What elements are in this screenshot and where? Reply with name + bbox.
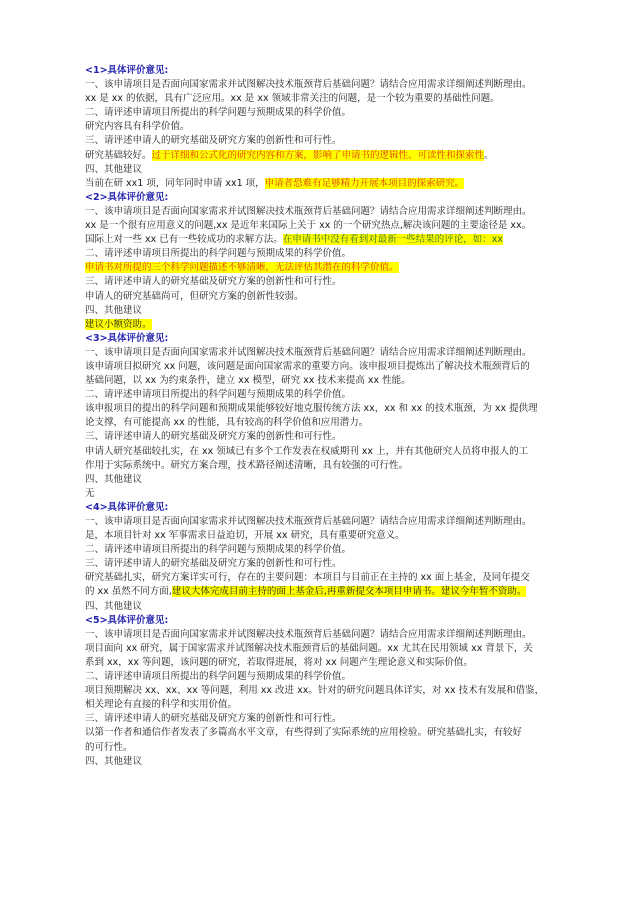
text-run: 四、其他建议 bbox=[85, 164, 142, 175]
text-run: xx 是一个很有应用意义的问题,xx 是近年来国际上关于 xx 的一个研究热点,… bbox=[85, 220, 531, 231]
comment-line: 系到 xx，xx 等问题，该问题的研究，若取得进展，将对 xx 问题产生理论意义… bbox=[85, 656, 565, 670]
text-run: 是，本项目针对 xx 军事需求日益迫切，开展 xx 研究，具有重要研究意义。 bbox=[85, 530, 405, 541]
text-run: 系到 xx，xx 等问题，该问题的研究，若取得进展，将对 xx 问题产生理论意义… bbox=[85, 657, 473, 668]
comment-line: xx 是一个很有应用意义的问题,xx 是近年来国际上关于 xx 的一个研究热点,… bbox=[85, 219, 565, 233]
text-run: 研究基础扎实，研究方案详实可行，存在的主要问题：本项目与目前正在主持的 xx 面… bbox=[85, 572, 530, 583]
comment-line: 三、请评述申请人的研究基础及研究方案的创新性和可行性。 bbox=[85, 712, 565, 726]
text-run: 当前在研 xx1 项，同年同时申请 xx1 项， bbox=[85, 178, 265, 189]
comment-line: 的 xx 虽然不同方面,建议大体完成目前主持的面上基金后,再重新提交本项目申请书… bbox=[85, 585, 565, 599]
text-run: 一、该申请项目是否面向国家需求并试图解决技术瓶颈背后基础问题？请结合应用需求详细… bbox=[85, 347, 532, 358]
highlighted-text: 过于详细和公式化的研究内容和方案，影响了申请书的逻辑性、可读性和探索性 bbox=[152, 150, 485, 161]
highlighted-text: 建议大体完成目前主持的面上基金后,再重新提交本项目申请书。建议今年暂不资助。 bbox=[172, 586, 527, 597]
text-run: 申请人的研究基础尚可，但研究方案的创新性较弱。 bbox=[85, 291, 304, 302]
text-run: 二、请评述申请项目所提出的科学问题与预期成果的科学价值。 bbox=[85, 389, 351, 400]
comment-line: xx 是 xx 的依据，具有广泛应用。xx 是 xx 领域非常关注的问题，是一个… bbox=[85, 92, 565, 106]
comment-line: 该申报项目的提出的科学问题和预期成果能够较好地克服传统方法 xx，xx 和 xx… bbox=[85, 402, 565, 416]
comment-line: 四、其他建议 bbox=[85, 600, 565, 614]
comment-line: 申请人研究基础较扎实，在 xx 领域已有多个工作发表在权威期刊 xx 上，并有其… bbox=[85, 445, 565, 459]
text-run: xx 是 xx 的依据，具有广泛应用。xx 是 xx 领域非常关注的问题，是一个… bbox=[85, 93, 500, 104]
comment-line: 论支撑，有可能提高 xx 的性能，具有较高的科学价值和应用潜力。 bbox=[85, 416, 565, 430]
text-run: 作用于实际系统中。研究方案合理，技术路径阐述清晰，具有较强的可行性。 bbox=[85, 460, 408, 471]
text-run: 二、请评述申请项目所提出的科学问题与预期成果的科学价值。 bbox=[85, 544, 351, 555]
text-run: 。 bbox=[484, 150, 494, 161]
text-run: 研究基础较好。 bbox=[85, 150, 152, 161]
comment-line: 三、请评述申请人的研究基础及研究方案的创新性和可行性。 bbox=[85, 134, 565, 148]
text-run: 三、请评述申请人的研究基础及研究方案的创新性和可行性。 bbox=[85, 558, 342, 569]
text-run: 四、其他建议 bbox=[85, 601, 142, 612]
text-run: 国际上对一些 xx 已有一些较成功的求解方法。 bbox=[85, 234, 283, 245]
comment-line: 国际上对一些 xx 已有一些较成功的求解方法。在申请书中没有看到对最新一些结果的… bbox=[85, 233, 565, 247]
comment-line: 四、其他建议 bbox=[85, 163, 565, 177]
comment-line: 二、请评述申请项目所提出的科学问题与预期成果的科学价值。 bbox=[85, 106, 565, 120]
text-run: 三、请评述申请人的研究基础及研究方案的创新性和可行性。 bbox=[85, 276, 342, 287]
highlighted-text: 申请者恐难有足够精力开展本项目的探索研究。 bbox=[265, 178, 465, 189]
comment-line: 该申请项目拟研究 xx 问题，该问题是面向国家需求的重要方向。该申报项目提炼出了… bbox=[85, 360, 565, 374]
comment-line: 一、该申请项目是否面向国家需求并试图解决技术瓶颈背后基础问题？请结合应用需求详细… bbox=[85, 346, 565, 360]
text-run: 二、请评述申请项目所提出的科学问题与预期成果的科学价值。 bbox=[85, 671, 351, 682]
comment-line: 四、其他建议 bbox=[85, 304, 565, 318]
text-run: 项目预期解决 xx、xx、xx 等问题，利用 xx 改进 xx。针对的研究问题具… bbox=[85, 685, 544, 696]
highlighted-text: 建议小额资助。 bbox=[85, 319, 152, 330]
text-run: 四、其他建议 bbox=[85, 474, 142, 485]
comment-line: 一、该申请项目是否面向国家需求并试图解决技术瓶颈背后基础问题？请结合应用需求详细… bbox=[85, 205, 565, 219]
comment-line: 二、请评述申请项目所提出的科学问题与预期成果的科学价值。 bbox=[85, 388, 565, 402]
comment-line: 申请书对所提的三个科学问题描述不够清晰，无法评估其潜在的科学价值。 bbox=[85, 261, 565, 275]
text-run: 以第一作者和通信作者发表了多篇高水平文章，有些得到了实际系统的应用检验。研究基础… bbox=[85, 727, 522, 738]
section-header-2: <2>具体评价意见: bbox=[85, 191, 565, 205]
comment-line: 三、请评述申请人的研究基础及研究方案的创新性和可行性。 bbox=[85, 557, 565, 571]
comment-line: 基础问题，以 xx 为约束条件，建立 xx 模型，研究 xx 技术来提高 xx … bbox=[85, 374, 565, 388]
text-run: 项目面向 xx 研究，属于国家需求并试图解决技术瓶颈背后的基础问题。xx 尤其在… bbox=[85, 643, 533, 654]
text-run: 一、该申请项目是否面向国家需求并试图解决技术瓶颈背后基础问题？请结合应用需求详细… bbox=[85, 516, 532, 527]
text-run: 二、请评述申请项目所提出的科学问题与预期成果的科学价值。 bbox=[85, 107, 351, 118]
comment-line: 申请人的研究基础尚可，但研究方案的创新性较弱。 bbox=[85, 290, 565, 304]
text-run: 的 xx 虽然不同方面, bbox=[85, 586, 172, 597]
comment-line: 三、请评述申请人的研究基础及研究方案的创新性和可行性。 bbox=[85, 430, 565, 444]
text-run: 该申请项目拟研究 xx 问题，该问题是面向国家需求的重要方向。该申报项目提炼出了… bbox=[85, 361, 530, 372]
document-body: <1>具体评价意见:一、该申请项目是否面向国家需求并试图解决技术瓶颈背后基础问题… bbox=[85, 64, 565, 769]
document-page: <1>具体评价意见:一、该申请项目是否面向国家需求并试图解决技术瓶颈背后基础问题… bbox=[0, 0, 637, 900]
comment-line: 项目面向 xx 研究，属于国家需求并试图解决技术瓶颈背后的基础问题。xx 尤其在… bbox=[85, 642, 565, 656]
text-run: 无 bbox=[85, 488, 95, 499]
text-run: 二、请评述申请项目所提出的科学问题与预期成果的科学价值。 bbox=[85, 248, 351, 259]
section-header-3: <3>具体评价意见: bbox=[85, 332, 565, 346]
text-run: 四、其他建议 bbox=[85, 305, 142, 316]
text-run: 三、请评述申请人的研究基础及研究方案的创新性和可行性。 bbox=[85, 713, 342, 724]
comment-line: 研究基础扎实，研究方案详实可行，存在的主要问题：本项目与目前正在主持的 xx 面… bbox=[85, 571, 565, 585]
comment-line: 二、请评述申请项目所提出的科学问题与预期成果的科学价值。 bbox=[85, 670, 565, 684]
text-run: 该申报项目的提出的科学问题和预期成果能够较好地克服传统方法 xx，xx 和 xx… bbox=[85, 403, 538, 414]
comment-line: 二、请评述申请项目所提出的科学问题与预期成果的科学价值。 bbox=[85, 247, 565, 261]
comment-line: 一、该申请项目是否面向国家需求并试图解决技术瓶颈背后基础问题？请结合应用需求详细… bbox=[85, 515, 565, 529]
comment-line: 无 bbox=[85, 487, 565, 501]
text-run: 的可行性。 bbox=[85, 742, 133, 753]
text-run: 一、该申请项目是否面向国家需求并试图解决技术瓶颈背后基础问题？请结合应用需求详细… bbox=[85, 79, 532, 90]
section-header-4: <4>具体评价意见: bbox=[85, 501, 565, 515]
text-run: 基础问题，以 xx 为约束条件，建立 xx 模型，研究 xx 技术来提高 xx … bbox=[85, 375, 411, 386]
text-run: 一、该申请项目是否面向国家需求并试图解决技术瓶颈背后基础问题？请结合应用需求详细… bbox=[85, 206, 532, 217]
comment-line: 项目预期解决 xx、xx、xx 等问题，利用 xx 改进 xx。针对的研究问题具… bbox=[85, 684, 565, 698]
text-run: 三、请评述申请人的研究基础及研究方案的创新性和可行性。 bbox=[85, 135, 342, 146]
comment-line: 当前在研 xx1 项，同年同时申请 xx1 项，申请者恐难有足够精力开展本项目的… bbox=[85, 177, 565, 191]
comment-line: 四、其他建议 bbox=[85, 755, 565, 769]
text-run: 论支撑，有可能提高 xx 的性能，具有较高的科学价值和应用潜力。 bbox=[85, 417, 368, 428]
comment-line: 是，本项目针对 xx 军事需求日益迫切，开展 xx 研究，具有重要研究意义。 bbox=[85, 529, 565, 543]
comment-line: 二、请评述申请项目所提出的科学问题与预期成果的科学价值。 bbox=[85, 543, 565, 557]
highlighted-text: 申请书对所提的三个科学问题描述不够清晰，无法评估其潜在的科学价值。 bbox=[85, 262, 399, 273]
text-run: 一、该申请项目是否面向国家需求并试图解决技术瓶颈背后基础问题？请结合应用需求详细… bbox=[85, 629, 532, 640]
comment-line: 三、请评述申请人的研究基础及研究方案的创新性和可行性。 bbox=[85, 275, 565, 289]
text-run: 申请人研究基础较扎实，在 xx 领域已有多个工作发表在权威期刊 xx 上，并有其… bbox=[85, 446, 528, 457]
text-run: 三、请评述申请人的研究基础及研究方案的创新性和可行性。 bbox=[85, 431, 342, 442]
comment-line: 研究基础较好。过于详细和公式化的研究内容和方案，影响了申请书的逻辑性、可读性和探… bbox=[85, 149, 565, 163]
comment-line: 以第一作者和通信作者发表了多篇高水平文章，有些得到了实际系统的应用检验。研究基础… bbox=[85, 726, 565, 740]
comment-line: 研究内容具有科学价值。 bbox=[85, 120, 565, 134]
section-header-5: <5>具体评价意见: bbox=[85, 614, 565, 628]
comment-line: 一、该申请项目是否面向国家需求并试图解决技术瓶颈背后基础问题？请结合应用需求详细… bbox=[85, 78, 565, 92]
comment-line: 一、该申请项目是否面向国家需求并试图解决技术瓶颈背后基础问题？请结合应用需求详细… bbox=[85, 628, 565, 642]
text-run: 四、其他建议 bbox=[85, 756, 142, 767]
comment-line: 作用于实际系统中。研究方案合理，技术路径阐述清晰，具有较强的可行性。 bbox=[85, 459, 565, 473]
text-run: 研究内容具有科学价值。 bbox=[85, 121, 190, 132]
text-run: 相关理论有直接的科学和实用价值。 bbox=[85, 699, 237, 710]
comment-line: 建议小额资助。 bbox=[85, 318, 565, 332]
comment-line: 四、其他建议 bbox=[85, 473, 565, 487]
comment-line: 相关理论有直接的科学和实用价值。 bbox=[85, 698, 565, 712]
section-header-1: <1>具体评价意见: bbox=[85, 64, 565, 78]
highlighted-text: 在申请书中没有看到对最新一些结果的评论，如：xx bbox=[283, 234, 503, 245]
comment-line: 的可行性。 bbox=[85, 741, 565, 755]
